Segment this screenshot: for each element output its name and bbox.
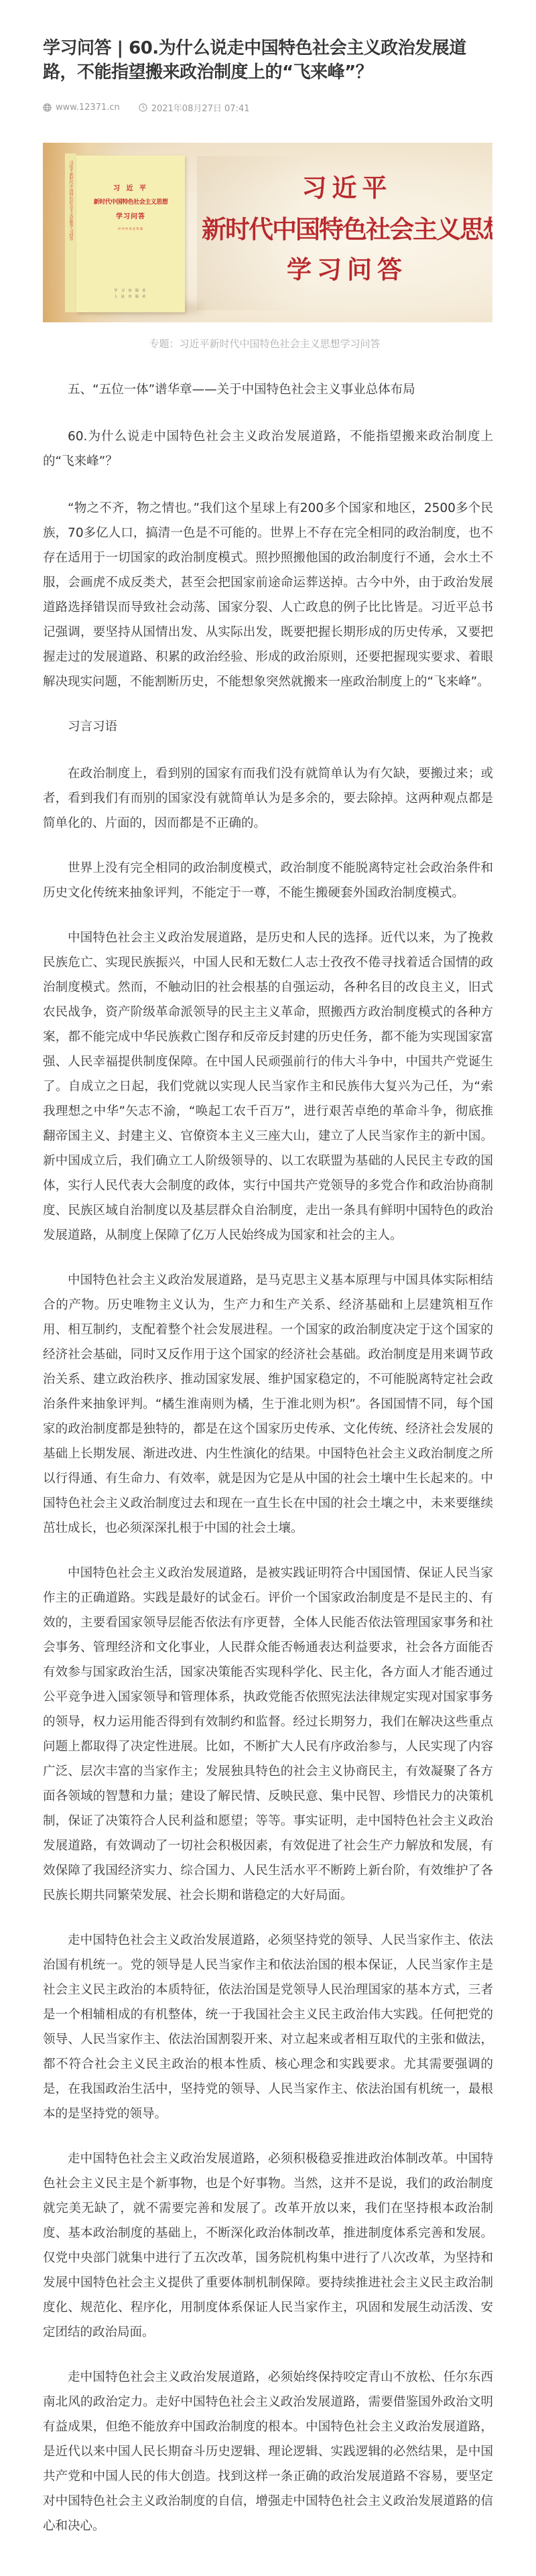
book-org: 中共中央宣传部 <box>76 227 185 231</box>
publish-datetime: 2021年08月27日 07:41 <box>151 101 250 114</box>
section-heading: 五、“五位一体”谱华章——关于中国特色社会主义事业总体布局 <box>43 377 493 402</box>
paragraph: 中国特色社会主义政治发展道路，是被实践证明符合中国国情、保证人民当家作主的正确道… <box>43 1561 493 1908</box>
book-cover: 习 近 平 新时代中国特色社会主义思想 学习问答 中共中央宣传部 学 习 出 版… <box>76 155 185 312</box>
paragraph: 中国特色社会主义政治发展道路，是历史和人民的选择。近代以来，为了挽救民族危亡、实… <box>43 925 493 1248</box>
paragraph: 走中国特色社会主义政治发展道路，必须坚持党的领导、人民当家作主、依法治国有机统一… <box>43 1928 493 2126</box>
banner-headline: 习近平 新时代中国特色社会主义思想 学习问答 <box>202 175 492 283</box>
book-spine: 习近平新时代中国特色社会主义思想学习问答 <box>65 153 76 312</box>
book-publishers: 学 习 出 版 社 人 民 出 版 社 <box>76 288 185 300</box>
article: 学习问答 | 60.为什么说走中国特色社会主义政治发展道路，不能指望搬来政治制度… <box>43 0 493 2538</box>
article-meta: www.12371.cn 2021年08月27日 07:41 <box>43 101 493 114</box>
book-spine-title: 习近平新时代中国特色社会主义思想学习问答 <box>68 160 74 312</box>
book-title: 新时代中国特色社会主义思想 <box>76 197 185 206</box>
banner-image: 习近平新时代中国特色社会主义思想学习问答 习 近 平 新时代中国特色社会主义思想… <box>43 143 492 322</box>
quote-heading: 习言习语 <box>43 714 493 739</box>
publish-time: 2021年08月27日 07:41 <box>139 101 250 114</box>
book-publisher-1: 学 习 出 版 社 <box>76 288 185 294</box>
clock-icon <box>139 103 147 112</box>
article-title: 学习问答 | 60.为什么说走中国特色社会主义政治发展道路，不能指望搬来政治制度… <box>43 36 493 84</box>
banner-headline-3: 学习问答 <box>202 257 492 283</box>
book-subtitle: 学习问答 <box>76 210 185 220</box>
banner-headline-2: 新时代中国特色社会主义思想 <box>202 216 492 243</box>
banner-caption[interactable]: 专题：习近平新时代中国特色社会主义思想学习问答 <box>43 337 493 350</box>
paragraph: 世界上没有完全相同的政治制度模式，政治制度不能脱离特定社会政治条件和历史文化传统… <box>43 856 493 905</box>
globe-icon <box>43 103 52 112</box>
source[interactable]: www.12371.cn <box>43 103 120 113</box>
paragraph: 在政治制度上，看到别的国家有而我们没有就简单认为有欠缺，要搬过来；或者，看到我们… <box>43 761 493 836</box>
question-heading: 60.为什么说走中国特色社会主义政治发展道路，不能指望搬来政治制度上的“飞来峰”… <box>43 424 493 474</box>
paragraph: 中国特色社会主义政治发展道路，是马克思主义基本原理与中国具体实际相结合的产物。历… <box>43 1268 493 1541</box>
paragraph: “物之不齐，物之情也。”我们这个星球上有200多个国家和地区，2500多个民族，… <box>43 496 493 694</box>
book-publisher-2: 人 民 出 版 社 <box>76 294 185 300</box>
paragraph: 走中国特色社会主义政治发展道路，必须积极稳妥推进政治体制改革。中国特色社会主义民… <box>43 2146 493 2345</box>
source-link[interactable]: www.12371.cn <box>56 103 120 113</box>
book-author: 习 近 平 <box>76 182 185 192</box>
banner-headline-1: 习近平 <box>202 175 492 202</box>
paragraph: 走中国特色社会主义政治发展道路，必须始终保持咬定青山不放松、任尔东西南北风的政治… <box>43 2365 493 2538</box>
article-body: 五、“五位一体”谱华章——关于中国特色社会主义事业总体布局 60.为什么说走中国… <box>43 377 493 2538</box>
